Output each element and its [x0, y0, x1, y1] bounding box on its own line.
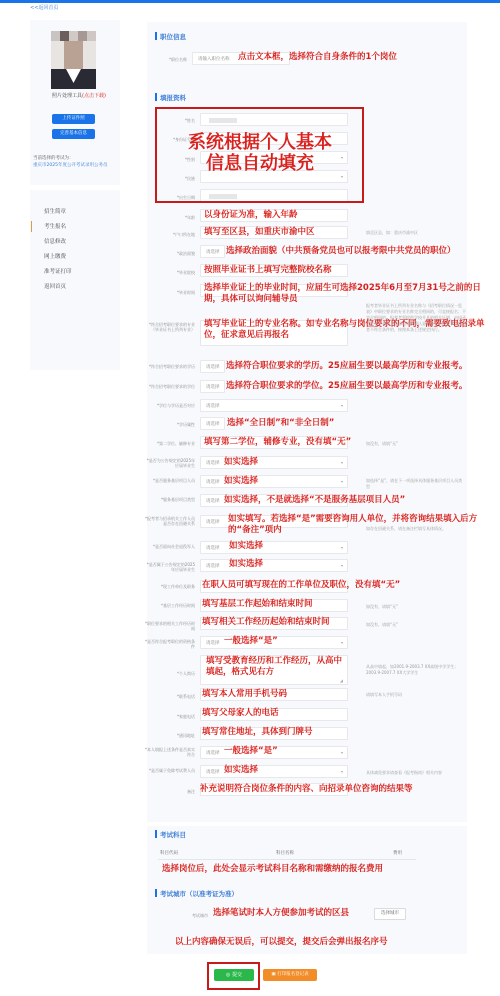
column-subject-code: 科目代码 — [160, 850, 178, 856]
complete-info-button[interactable]: 完善基本信息 — [52, 129, 95, 139]
annotation-city: 选择笔试时本人方便参加考试的区县 — [213, 908, 349, 919]
label-grassroots-time: *基层工作经历时间 — [145, 603, 195, 608]
sidebar-item-registration[interactable]: 考生报名 — [44, 222, 66, 230]
sidebar-nav: 招生简章 考生报名 信息修改 网上缴费 准考证打印 返回首页 — [30, 190, 120, 370]
resize-handle-icon[interactable]: ◢ — [340, 678, 343, 683]
annotation-fee-exempt: 如实选择 — [224, 765, 258, 776]
sidebar-item-home[interactable]: 返回首页 — [44, 282, 66, 290]
annotation-edu-type: 选择“全日制”和“非全日制” — [227, 418, 334, 429]
label-related-exp: *职位要求的相关工作经历时间 — [145, 621, 195, 631]
annotation-position: 点击文本框，选择符合自身条件的1个岗位 — [238, 52, 397, 63]
annotation-remarks: 补充说明符合岗位条件的内容、向招录单位咨询的结果等 — [200, 784, 413, 795]
hint-household: 填至区县，如：重庆市渝中区 — [366, 230, 466, 236]
edu-type-select[interactable]: 请选择 — [200, 417, 225, 430]
chevron-down-icon: ▾ — [341, 460, 343, 465]
hint-fee-exempt: 具体减免要求请查看《报考指南》相关内容 — [366, 770, 442, 776]
label-veteran: *是否面向社会退役军人 — [145, 544, 195, 549]
annotation-education: 选择符合职位要求的学历。25应届生要以最高学历和专业报考。 — [226, 361, 467, 372]
fee-exempt-select[interactable]: 请选择▾ — [200, 765, 348, 778]
blurred-face — [64, 41, 83, 69]
submit-button[interactable]: ◎ 提交 — [214, 969, 254, 981]
grassroots-select[interactable]: 请选择▾ — [200, 475, 348, 488]
annotation-avoidance: 如实填写。若选择“是”需要咨询用人单位，并将咨询结果填入后方的“备注”项内 — [228, 514, 498, 536]
label-grad-time: *毕业时间 — [145, 290, 195, 295]
hint-major: 报考者毕业证书上所列专业名称与《招考职位情况一览表》中职位要求的专业名称完全相同… — [366, 303, 466, 351]
annotation-fresh-grad-2: 如实选择 — [229, 559, 263, 570]
fresh-grad-2-select[interactable]: 请选择▾ — [200, 559, 348, 572]
current-exam-name[interactable]: 重庆市2025年度公开考试录用公务员 — [33, 162, 123, 169]
select-city-button[interactable]: 选择城市 — [374, 908, 406, 920]
chevron-down-icon: ▾ — [341, 545, 343, 550]
sidebar-item-admission-guide[interactable]: 招生简章 — [44, 207, 66, 215]
political-select[interactable]: 请选择 — [200, 245, 225, 258]
label-exam-city: 考试城市 — [158, 913, 208, 918]
annotation-qualification: 一般选择“是” — [224, 636, 278, 647]
section-title-subjects: 考试科目 — [155, 830, 186, 839]
label-current-job: *现工作单位及职务 — [145, 584, 195, 589]
annotation-subjects: 选择岗位后，此处会显示考试科目名称和需缴纳的报名费用 — [162, 864, 383, 875]
label-home-phone: *家庭电话 — [145, 714, 195, 719]
hint-second-degree: 如没有，请填“无” — [366, 441, 398, 447]
label-fresh-grad: *是否为公告规定的2025年应届毕业生 — [145, 458, 195, 468]
annotation-phone: 填写本人常用手机号码 — [202, 689, 287, 700]
label-grassroots: *是否服务基层项目人员 — [145, 478, 195, 483]
avatar — [51, 31, 96, 89]
column-fee: 费用 — [393, 850, 402, 856]
fresh-grad-select[interactable]: 请选择▾ — [200, 456, 348, 469]
section-title-city: 考试城市（以准考证为准） — [155, 889, 238, 898]
chevron-down-icon: ▾ — [341, 750, 343, 755]
annotation-address: 填写常住地址，具体到门牌号 — [202, 727, 313, 738]
degree-match-select[interactable]: 请选择▾ — [200, 399, 348, 412]
annotation-grassroots-type: 如实选择，不是就选择“不是服务基层项目人员” — [224, 495, 405, 506]
veteran-select[interactable]: 请选择▾ — [200, 541, 348, 554]
chevron-down-icon: ▾ — [341, 403, 343, 408]
hint-resume: 从高中填起，如2001.9-2003.7 XX高级中学学生；2003.9-200… — [366, 664, 466, 676]
annotation-age: 以身份证为准，输入年龄 — [204, 210, 298, 221]
hint-grassroots: 如选择“是”，请在下一项选择具体服务基层项目人员类型 — [366, 478, 466, 490]
back-home-link[interactable]: <<返回首页 — [30, 4, 58, 11]
label-political: *政治面貌 — [145, 251, 195, 256]
label-position-name: *职位名称 — [137, 57, 187, 62]
label-degree-match: *学位与学历是否对应 — [145, 403, 195, 408]
chevron-down-icon: ▾ — [341, 769, 343, 774]
label-second-degree: *第二学位、辅修专业 — [145, 441, 195, 446]
label-phone: *联系电话 — [145, 694, 195, 699]
sidebar-item-online-payment[interactable]: 网上缴费 — [44, 252, 66, 260]
table-divider — [158, 859, 416, 860]
annotation-school: 按照毕业证书上填写完整院校名称 — [204, 265, 332, 276]
label-fee-exempt: *是否属于免除考试费人员 — [145, 768, 195, 773]
label-school: *毕业院校 — [145, 270, 195, 275]
label-education: *符合招考职位要求的学历 — [145, 364, 195, 369]
annotation-veteran: 如实选择 — [229, 541, 263, 552]
hint-avoidance: 如存在回避关系，请在备注栏填写具体情况。 — [366, 526, 466, 532]
hint-phone: 请填写本人手机号码 — [366, 692, 402, 698]
annotation-second-degree: 填写第二学位，辅修专业，没有填“无” — [204, 437, 351, 448]
annotation-related-exp: 填写相关工作经历起始和结束时间 — [202, 617, 330, 628]
check-circle-icon: ◎ — [226, 972, 230, 978]
annotation-grassroots-time: 填写基层工作起始和结束时间 — [202, 599, 313, 610]
print-icon: ▣ — [271, 972, 275, 977]
chevron-down-icon: ▾ — [341, 479, 343, 484]
current-exam-info: 当前选择的考试为： 重庆市2025年度公开考试录用公务员 — [33, 155, 123, 169]
section-title-position: 职位信息 — [155, 32, 186, 41]
photo-tool-download-link[interactable]: (点击下载) — [82, 93, 106, 99]
annotation-household: 填写至区县，如重庆市渝中区 — [204, 227, 315, 238]
label-declaration: *本人填报上述条件是否真实符合 — [145, 747, 195, 757]
label-major: *符合招考职位要求的专业（毕业证书上所列专业） — [145, 322, 195, 332]
annotation-current-job: 在职人员可填写现在的工作单位及职位，没有填“无” — [202, 580, 400, 591]
label-degree: *符合招考职位要求的学位 — [145, 384, 195, 389]
label-household: *户口所在地 — [145, 232, 195, 237]
annotation-degree: 选择符合职位要求的学位。25应届生要以最高学历和专业报考。 — [226, 381, 467, 392]
label-edu-type: *学历属性 — [145, 422, 195, 427]
column-subject-name: 科目名称 — [276, 850, 294, 856]
top-bar — [0, 0, 500, 3]
chevron-down-icon: ▾ — [341, 563, 343, 568]
hint-related-exp: 如没有，请填“无” — [366, 622, 398, 628]
label-resume: *个人简历 — [145, 671, 195, 676]
label-remarks: 备注 — [145, 789, 195, 794]
hint-grassroots-time: 如没有，请填“无” — [366, 604, 398, 610]
sidebar-item-admit-card[interactable]: 准考证打印 — [44, 267, 72, 275]
label-fresh-grad-2: *是否属于公告规定的2025年应届毕业生 — [145, 562, 195, 572]
label-address: *通讯地址 — [145, 733, 195, 738]
label-age: *年龄 — [145, 215, 195, 220]
annotation-grassroots: 如实选择 — [224, 476, 258, 487]
label-qualification: *是否符合报考职位的资格条件 — [145, 639, 195, 649]
education-select[interactable]: 请选择 — [200, 360, 225, 373]
degree-select[interactable]: 请选择 — [200, 380, 225, 393]
label-avoidance: *报考者与招录机关工作人员是否存在回避关系 — [145, 516, 195, 526]
annotation-political: 选择政治面貌（中共预备党员也可以报考限中共党员的职位） — [226, 246, 456, 257]
chevron-down-icon: ▾ — [341, 640, 343, 645]
annotation-grad-time: 选择毕业证上的毕业时间，应届生可选择2025年6月至7月31号之前的日期，具体可… — [204, 283, 494, 305]
annotation-final: 以上内容确保无误后，可以提交，提交后会弹出报名序号 — [175, 937, 388, 948]
annotation-fresh-grad: 如实选择 — [224, 457, 258, 468]
photo-tool-text: 照片处理工具(点击下载) — [52, 93, 122, 100]
sidebar-item-info-edit[interactable]: 信息修改 — [44, 237, 66, 245]
upload-photo-button[interactable]: 上传证件照 — [52, 114, 95, 124]
label-grassroots-type: *服务基层项目类型 — [145, 497, 195, 502]
annotation-resume: 填写受教育经历和工作经历，从高中填起，格式见右方 — [206, 656, 346, 678]
print-button[interactable]: ▣ 打印报名登记表 — [263, 969, 317, 981]
annotation-declaration: 一般选择“是” — [224, 746, 278, 757]
annotation-autofill: 系统根据个人基本 信息自动填充 — [160, 132, 360, 174]
section-title-form: 填报资料 — [155, 93, 186, 102]
current-exam-label: 当前选择的考试为： — [33, 155, 123, 162]
annotation-home-phone: 填写父母家人的电话 — [202, 708, 279, 719]
